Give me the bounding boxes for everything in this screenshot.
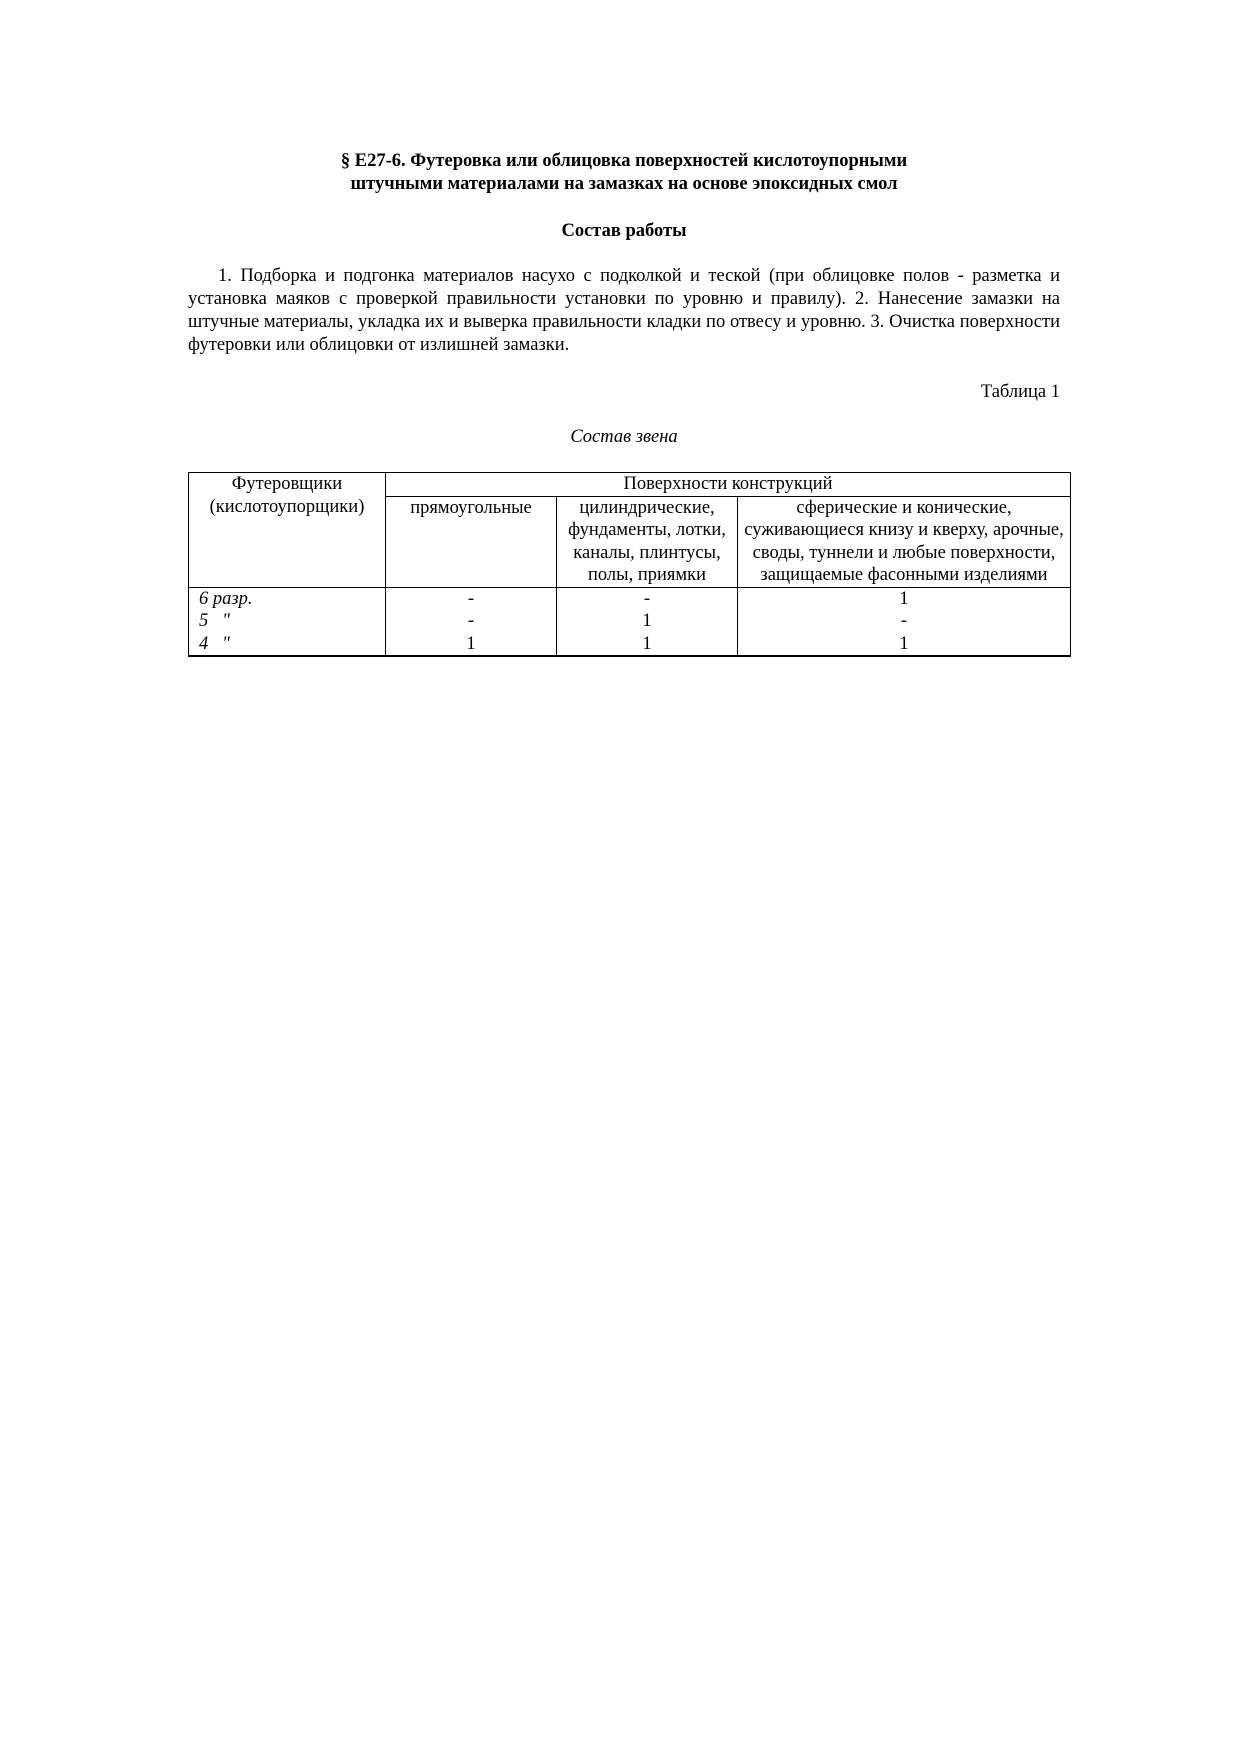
table-number-label: Таблица 1 <box>981 381 1060 404</box>
group-header-cell: Поверхности конструкций <box>386 473 1071 497</box>
table-row: 6 разр. - - 1 <box>189 587 1071 610</box>
work-composition-heading: Состав работы <box>188 220 1060 243</box>
value-cell: - <box>738 610 1071 633</box>
column-header-rectangular: прямоугольные <box>386 496 557 587</box>
section-title: § Е27-6. Футеровка или облицовка поверхн… <box>188 150 1060 196</box>
grade-cell: 5 " <box>189 610 386 633</box>
value-cell: - <box>386 587 557 610</box>
crew-composition-table: Футеровщики (кислотоупорщики) Поверхност… <box>188 472 1071 657</box>
grade-cell: 4 " <box>189 633 386 657</box>
value-cell: - <box>557 587 738 610</box>
work-description: 1. Подборка и подгонка материалов насухо… <box>188 265 1060 357</box>
value-cell: 1 <box>738 633 1071 657</box>
table-row: 5 " - 1 - <box>189 610 1071 633</box>
grade-cell: 6 разр. <box>189 587 386 610</box>
value-cell: 1 <box>386 633 557 657</box>
section-title-line-2: штучными материалами на замазках на осно… <box>188 173 1060 196</box>
row-header-cell: Футеровщики (кислотоупорщики) <box>189 473 386 588</box>
column-header-cylindrical: цилиндрические, фундаменты, лотки, канал… <box>557 496 738 587</box>
value-cell: 1 <box>557 610 738 633</box>
table-caption: Состав звена <box>188 426 1060 449</box>
table-row: 4 " 1 1 1 <box>189 633 1071 657</box>
section-title-line-1: § Е27-6. Футеровка или облицовка поверхн… <box>188 150 1060 173</box>
value-cell: 1 <box>738 587 1071 610</box>
value-cell: 1 <box>557 633 738 657</box>
value-cell: - <box>386 610 557 633</box>
column-header-spherical: сферические и конические, суживающиеся к… <box>738 496 1071 587</box>
